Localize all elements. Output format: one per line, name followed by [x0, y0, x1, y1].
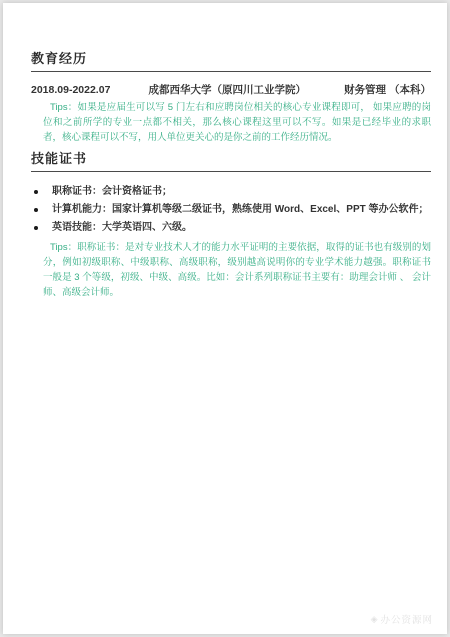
education-school-name: 成都西华大学（原四川工业学院）: [148, 84, 306, 97]
resume-content: 教育经历 2018.09-2022.07 成都西华大学（原四川工业学院） 财务管…: [3, 3, 447, 300]
skills-item-text: 大学英语四、六级。: [102, 219, 192, 237]
skills-item-computer: 计算机能力： 国家计算机等级二级证书，熟练使用 Word、Excel、PPT 等…: [31, 201, 431, 219]
bullet-dot-icon: [34, 226, 38, 230]
bullet-dot-icon: [34, 208, 38, 212]
watermark: ◈ 办公资源网: [371, 612, 433, 626]
education-major-degree: 财务管理 （本科）: [344, 84, 431, 97]
skills-item-label: 职称证书：: [52, 183, 102, 201]
skills-item-title-certificate: 职称证书： 会计资格证书；: [31, 183, 431, 201]
skills-bullet-list: 职称证书： 会计资格证书； 计算机能力： 国家计算机等级二级证书，熟练使用 Wo…: [31, 183, 431, 237]
bullet-dot-icon: [34, 190, 38, 194]
skills-item-text: 会计资格证书；: [102, 183, 172, 201]
resume-page: 教育经历 2018.09-2022.07 成都西华大学（原四川工业学院） 财务管…: [3, 3, 447, 634]
education-entry-row: 2018.09-2022.07 成都西华大学（原四川工业学院） 财务管理 （本科…: [31, 84, 431, 97]
education-date-range: 2018.09-2022.07: [31, 84, 110, 97]
section-education: 教育经历 2018.09-2022.07 成都西华大学（原四川工业学院） 财务管…: [31, 52, 431, 145]
skills-tips-note: Tips：职称证书：是对专业技术人才的能力水平证明的主要依据，取得的证书也有级别…: [43, 240, 431, 300]
watermark-text: 办公资源网: [380, 612, 433, 626]
education-tips-note: Tips：如果是应届生可以写 5 门左右和应聘岗位相关的核心专业课程即可， 如果…: [43, 100, 431, 145]
watermark-logo-icon: ◈: [371, 614, 379, 625]
section-skills: 技能证书 职称证书： 会计资格证书； 计算机能力： 国家计算机等级二级证书，熟练…: [31, 152, 431, 300]
education-section-title: 教育经历: [31, 52, 431, 72]
skills-section-title: 技能证书: [31, 152, 431, 172]
skills-item-english: 英语技能： 大学英语四、六级。: [31, 219, 431, 237]
skills-item-label: 英语技能：: [52, 219, 102, 237]
skills-item-label: 计算机能力：: [52, 201, 112, 219]
skills-item-text: 国家计算机等级二级证书，熟练使用 Word、Excel、PPT 等办公软件；: [112, 201, 429, 219]
